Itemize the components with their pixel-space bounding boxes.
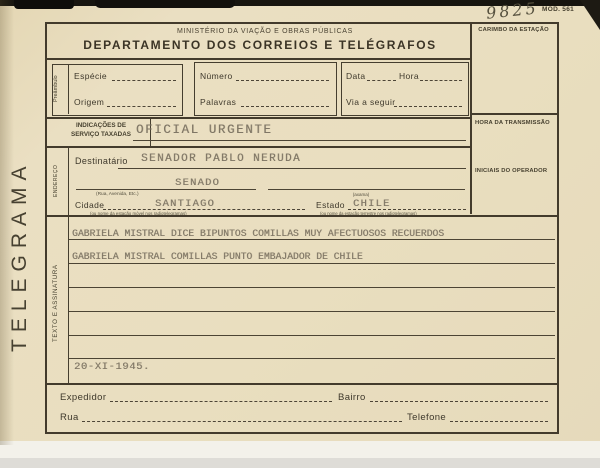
bairro-label: Bairro bbox=[338, 392, 366, 403]
text-rule-5[interactable] bbox=[69, 335, 555, 336]
via-field[interactable] bbox=[394, 105, 462, 107]
hora-label: Hora bbox=[399, 71, 419, 81]
department-title: DEPARTAMENTO DOS CORREIOS E TELÉGRAFOS bbox=[52, 38, 468, 52]
bairro-field-line[interactable] bbox=[370, 400, 548, 402]
preamble-bottom-divider bbox=[45, 117, 470, 119]
station-column-divider bbox=[470, 113, 557, 115]
preamble-section-label: Preâmbulo bbox=[53, 66, 67, 112]
handwritten-number: 9825 bbox=[485, 0, 539, 23]
hora-field[interactable] bbox=[420, 79, 462, 81]
annex-caption: (axama) bbox=[316, 192, 406, 197]
address-section-label: ENDEREÇO bbox=[53, 150, 67, 212]
form-title-vertical: TELEGRAMA bbox=[8, 150, 42, 362]
address-strip-border bbox=[68, 146, 69, 215]
origem-label: Origem bbox=[74, 97, 104, 107]
service-label-line2: SERVIÇO TAXADAS bbox=[71, 131, 131, 138]
telefone-label: Telefone bbox=[407, 412, 446, 423]
estado-label: Estado bbox=[316, 200, 345, 210]
rua-field-line[interactable] bbox=[82, 420, 402, 422]
mod-label: MOD. 561 bbox=[542, 6, 574, 13]
message-line-1: GABRIELA MISTRAL DICE BIPUNTOS COMILLAS … bbox=[72, 228, 444, 239]
scan-top-blob-mid bbox=[95, 0, 235, 8]
text-rule-1[interactable] bbox=[69, 239, 555, 240]
destinatario-label: Destinatário bbox=[75, 156, 128, 166]
ministry-title: MINISTÉRIO DA VIAÇÃO E OBRAS PÚBLICAS bbox=[70, 28, 460, 35]
expedidor-field-line[interactable] bbox=[110, 400, 332, 402]
operator-initials-label: INICIAIS DO OPERADOR bbox=[475, 168, 547, 174]
transmission-time-label: HORA DA TRANSMISSÃO bbox=[475, 120, 550, 126]
street-caption: (Rua, Avenida, Etc.) bbox=[96, 192, 139, 197]
text-rule-2[interactable] bbox=[69, 263, 555, 264]
address-bottom-divider bbox=[45, 215, 557, 217]
cidade-label: Cidade bbox=[75, 200, 104, 210]
service-bottom-divider bbox=[45, 146, 470, 148]
scan-top-blob-left bbox=[14, 0, 74, 9]
palavras-field[interactable] bbox=[241, 105, 329, 107]
via-label: Via a seguir bbox=[346, 97, 396, 107]
palavras-label: Palavras bbox=[200, 97, 236, 107]
text-rule-4[interactable] bbox=[69, 311, 555, 312]
text-section-label: TEXTO E ASSINATURA bbox=[52, 228, 67, 378]
especie-field[interactable] bbox=[112, 79, 176, 81]
destinatario-value: SENADOR PABLO NERUDA bbox=[141, 153, 301, 165]
station-column-box bbox=[470, 24, 559, 214]
data-field[interactable] bbox=[367, 79, 396, 81]
origem-field[interactable] bbox=[107, 105, 176, 107]
service-field-line[interactable] bbox=[133, 140, 466, 141]
especie-label: Espécie bbox=[74, 71, 107, 81]
service-indications-label: INDICAÇÕES DE SERVIÇO TAXADAS bbox=[54, 122, 148, 139]
preamble-strip-divider bbox=[68, 64, 69, 114]
station-stamp-label: CARIMBO DA ESTAÇÃO bbox=[471, 27, 556, 33]
service-label-line1: INDICAÇÕES DE bbox=[76, 122, 126, 129]
data-label: Data bbox=[346, 71, 366, 81]
text-rule-3[interactable] bbox=[69, 287, 555, 288]
preamble-box-1 bbox=[52, 64, 183, 116]
expedidor-label: Expedidor bbox=[60, 392, 106, 403]
street-value: SENADO bbox=[175, 177, 220, 189]
message-line-2: GABRIELA MISTRAL COMILLAS PUNTO EMBAJADO… bbox=[72, 251, 363, 262]
annex-field-line[interactable] bbox=[268, 189, 465, 190]
service-indication-value: OFICIAL URGENTE bbox=[136, 123, 273, 137]
destinatario-field-line[interactable] bbox=[118, 168, 466, 169]
street-field-line[interactable] bbox=[76, 189, 256, 190]
telegram-form-scan: 9825 MOD. 561 TELEGRAMA CARIMBO DA ESTAÇ… bbox=[0, 0, 600, 468]
scan-bottom-gray-band bbox=[0, 458, 600, 468]
rua-label: Rua bbox=[60, 412, 79, 423]
text-bottom-divider bbox=[45, 383, 557, 385]
numero-field[interactable] bbox=[236, 79, 329, 81]
message-date: 20-XI-1945. bbox=[74, 361, 150, 373]
numero-label: Número bbox=[200, 71, 233, 81]
text-rule-6[interactable] bbox=[69, 358, 555, 359]
header-divider bbox=[45, 58, 470, 60]
telefone-field-line[interactable] bbox=[450, 420, 548, 422]
estado-value: CHILE bbox=[353, 198, 391, 210]
cidade-value: SANTIAGO bbox=[155, 198, 215, 210]
scan-top-right-corner bbox=[580, 0, 600, 30]
